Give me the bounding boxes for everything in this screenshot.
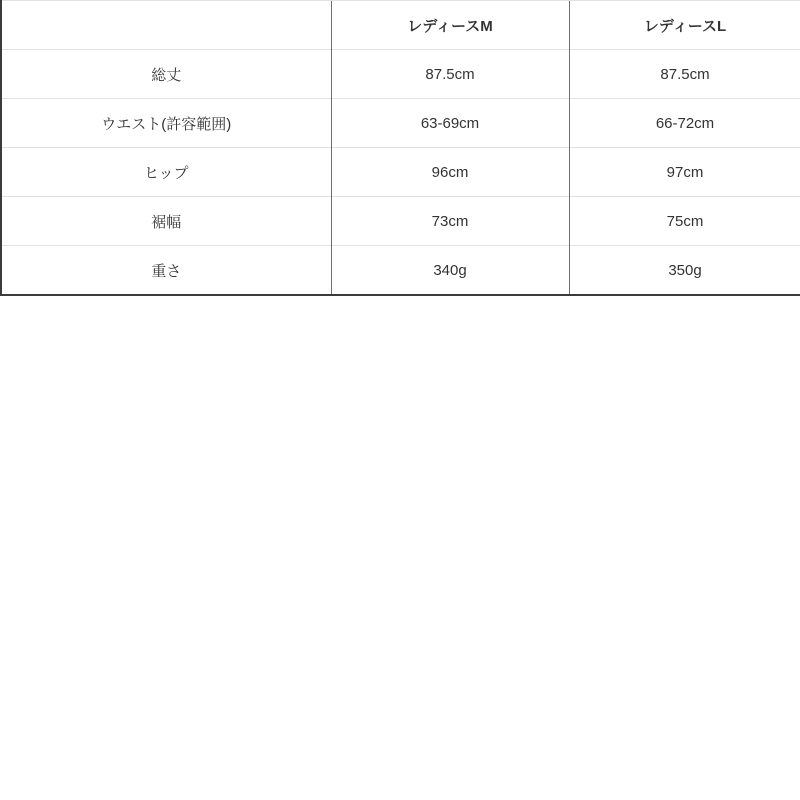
header-cell-ladies-m: レディースM (331, 1, 569, 50)
table-row: ヒップ 96cm 97cm (1, 148, 800, 197)
cell-l: 87.5cm (569, 50, 800, 99)
cell-l: 97cm (569, 148, 800, 197)
table-row: 重さ 340g 350g (1, 246, 800, 296)
size-chart-table: レディースM レディースL 総丈 87.5cm 87.5cm ウエスト(許容範囲… (0, 0, 800, 296)
cell-l: 75cm (569, 197, 800, 246)
row-label: 重さ (1, 246, 331, 296)
row-label: 裾幅 (1, 197, 331, 246)
header-cell-empty (1, 1, 331, 50)
table-row: 裾幅 73cm 75cm (1, 197, 800, 246)
row-label: ヒップ (1, 148, 331, 197)
header-row: レディースM レディースL (1, 1, 800, 50)
row-label: ウエスト(許容範囲) (1, 99, 331, 148)
cell-m: 87.5cm (331, 50, 569, 99)
cell-m: 340g (331, 246, 569, 296)
page-canvas: レディースM レディースL 総丈 87.5cm 87.5cm ウエスト(許容範囲… (0, 0, 800, 800)
cell-l: 350g (569, 246, 800, 296)
header-cell-ladies-l: レディースL (569, 1, 800, 50)
row-label: 総丈 (1, 50, 331, 99)
table-row: ウエスト(許容範囲) 63-69cm 66-72cm (1, 99, 800, 148)
cell-l: 66-72cm (569, 99, 800, 148)
table-row: 総丈 87.5cm 87.5cm (1, 50, 800, 99)
cell-m: 73cm (331, 197, 569, 246)
cell-m: 96cm (331, 148, 569, 197)
cell-m: 63-69cm (331, 99, 569, 148)
